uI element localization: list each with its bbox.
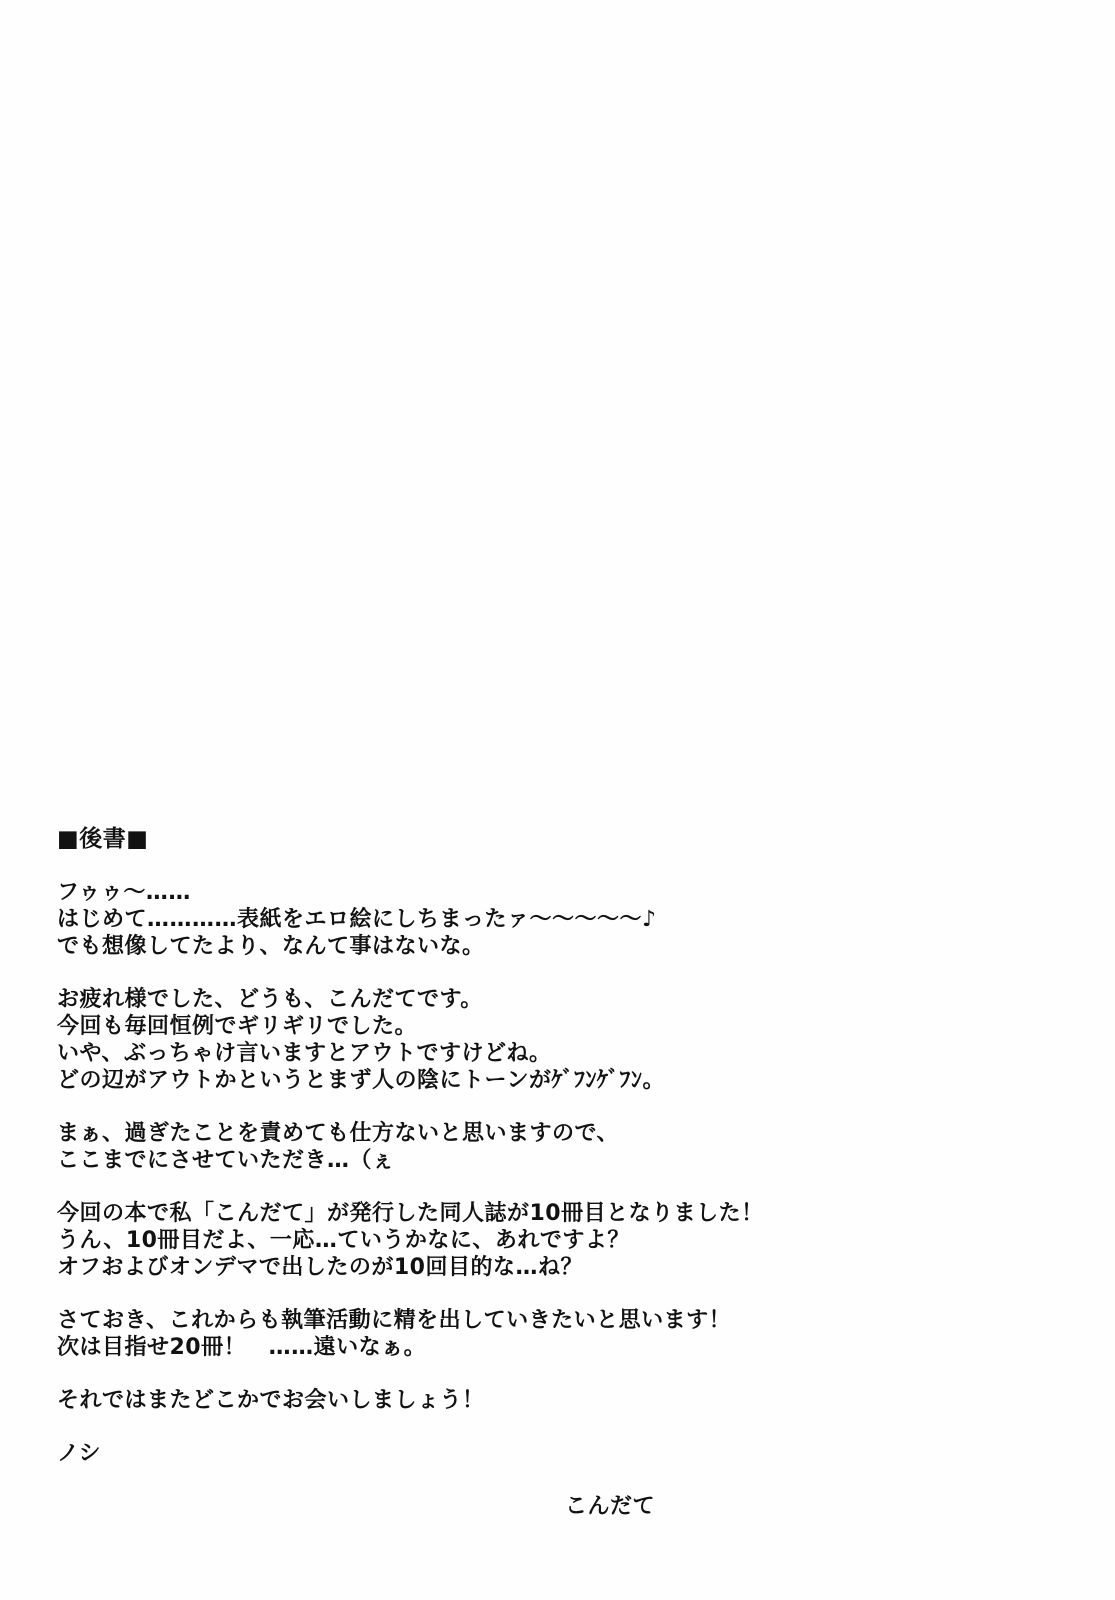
afterword-line: うん、10冊目だよ、一応…ていうかなに、あれですよ？ — [57, 1227, 1085, 1254]
afterword-line: フゥゥ～…… — [57, 879, 1085, 906]
afterword-line: でも想像してたより、なんて事はないな。 — [57, 933, 1085, 960]
afterword-paragraph: お疲れ様でした、どうも、こんだてです。 今回も毎回恒例でギリギリでした。 いや、… — [57, 986, 1085, 1094]
afterword-line: いや、ぶっちゃけ言いますとアウトですけどね。 — [57, 1040, 1085, 1067]
afterword-heading: ■後書■ — [57, 826, 1085, 853]
afterword-line: 次は目指せ20冊！ ……遠いなぁ。 — [57, 1334, 1085, 1361]
kaomoji-wave-line: ノシ — [57, 1440, 1085, 1467]
afterword-paragraph: ノシ — [57, 1440, 1085, 1467]
afterword-line: ここまでにさせていただき…（ぇ — [57, 1147, 1085, 1174]
afterword-line: はじめて…………表紙をエロ絵にしちまったァ～～～～～♪ — [57, 906, 1085, 933]
afterword-line: どの辺がアウトかというとまず人の陰にトーンがｹﾞﾌﾝｹﾞﾌﾝ。 — [57, 1067, 1085, 1094]
afterword-line: お疲れ様でした、どうも、こんだてです。 — [57, 986, 1085, 1013]
afterword-paragraph: 今回の本で私「こんだて」が発行した同人誌が10冊目となりました！ うん、10冊目… — [57, 1200, 1085, 1281]
afterword-line: まぁ、過ぎたことを責めても仕方ないと思いますので、 — [57, 1120, 1085, 1147]
afterword-paragraph: まぁ、過ぎたことを責めても仕方ないと思いますので、 ここまでにさせていただき…（… — [57, 1120, 1085, 1174]
afterword-paragraph: さておき、これからも執筆活動に精を出していきたいと思います！ 次は目指せ20冊！… — [57, 1307, 1085, 1361]
afterword-line: 今回の本で私「こんだて」が発行した同人誌が10冊目となりました！ — [57, 1200, 1085, 1227]
afterword-content: ■後書■ フゥゥ～…… はじめて…………表紙をエロ絵にしちまったァ～～～～～♪ … — [57, 826, 1085, 1520]
afterword-paragraph: それではまたどこかでお会いしましょう！ — [57, 1387, 1085, 1414]
afterword-line: 今回も毎回恒例でギリギリでした。 — [57, 1013, 1085, 1040]
afterword-line: それではまたどこかでお会いしましょう！ — [57, 1387, 1085, 1414]
afterword-line: オフおよびオンデマで出したのが10回目的な…ね？ — [57, 1254, 1085, 1281]
afterword-line: さておき、これからも執筆活動に精を出していきたいと思います！ — [57, 1307, 1085, 1334]
author-signature: こんだて — [57, 1493, 1085, 1520]
afterword-page: ■後書■ フゥゥ～…… はじめて…………表紙をエロ絵にしちまったァ～～～～～♪ … — [0, 0, 1115, 1600]
afterword-paragraph: フゥゥ～…… はじめて…………表紙をエロ絵にしちまったァ～～～～～♪ でも想像し… — [57, 879, 1085, 960]
